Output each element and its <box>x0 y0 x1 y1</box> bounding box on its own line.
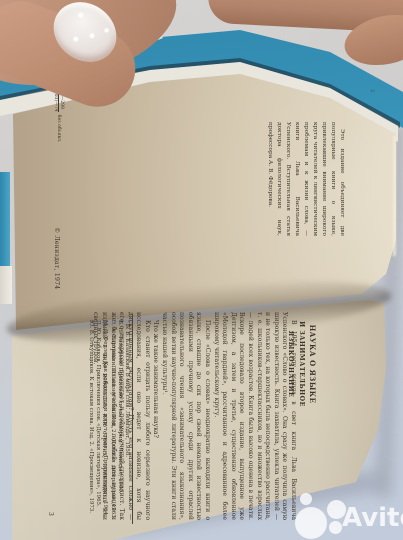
copyright-block: © Лениздат, 1974 <box>47 227 60 293</box>
annotation-block: Это издание объединяет две популярные кн… <box>262 122 346 236</box>
body-paragraph: Что же такое занимательная наука? <box>151 312 160 520</box>
avito-logo-icon <box>300 493 312 505</box>
pages-left-sliver <box>0 266 12 304</box>
page-number: 3 <box>44 512 54 524</box>
cover-left-sliver <box>0 172 10 268</box>
body-text-block: В 1954 году вышла в свет книга Льва Васи… <box>135 312 297 520</box>
corner-mark-block: 2 <box>365 89 375 103</box>
footnote-entry: Б. Н. Тимофеев. Правильно ли мы говорим?… <box>116 314 123 524</box>
page-number-block: 3 <box>44 512 54 524</box>
book-photo: У 70202—299 М171(03)—74 без объявл. Это … <box>0 0 403 540</box>
footnotes-block: ¹ Б. В. Казанский. В мире слов. Лениздат… <box>52 314 132 524</box>
footnote-entry: ¹ Б. В. Казанский. В мире слов. Лениздат… <box>123 314 130 524</box>
avito-logo-icon <box>295 507 327 539</box>
footnote-rule: ¹ Б. В. Казанский. В мире слов. Лениздат… <box>52 314 133 524</box>
footnote-entry: Ю. В. Откупщиков. К истокам слова. Изд. … <box>87 314 94 524</box>
corner-mark: 2 <box>365 89 375 103</box>
annotation-text: Это издание объединяет две популярные кн… <box>262 122 346 236</box>
page-edge-highlight <box>393 136 396 256</box>
footnote-entry: Д. Ю. Кобяков. Приключения слов. «Детска… <box>94 314 101 524</box>
catalog-code-suffix: без объявл. <box>57 115 62 143</box>
footnote-entry: М. Д. Феллер. Как рождаются и живут слов… <box>101 314 108 524</box>
avito-logo-icon <box>329 521 342 534</box>
body-paragraph: После «Слова о словах» неоднократно выхо… <box>160 312 212 520</box>
body-paragraph: В 1954 году вышла в свет книга Льва Васи… <box>211 312 297 520</box>
footnote-entry: Э. А. Вартаньян. Из жизни слов. Изд. 2. … <box>108 314 115 524</box>
avito-wordmark: Avito <box>342 501 403 535</box>
chapter-heading-line1: НАУКА О ЯЗЫКЕ <box>307 318 318 410</box>
copyright-line: © Лениздат, 1974 <box>47 227 60 293</box>
chapter-heading-block: НАУКА О ЯЗЫКЕ И ЗАНИМАТЕЛЬНОЕ ЯЗЫКОЗНАНИ… <box>294 318 318 410</box>
